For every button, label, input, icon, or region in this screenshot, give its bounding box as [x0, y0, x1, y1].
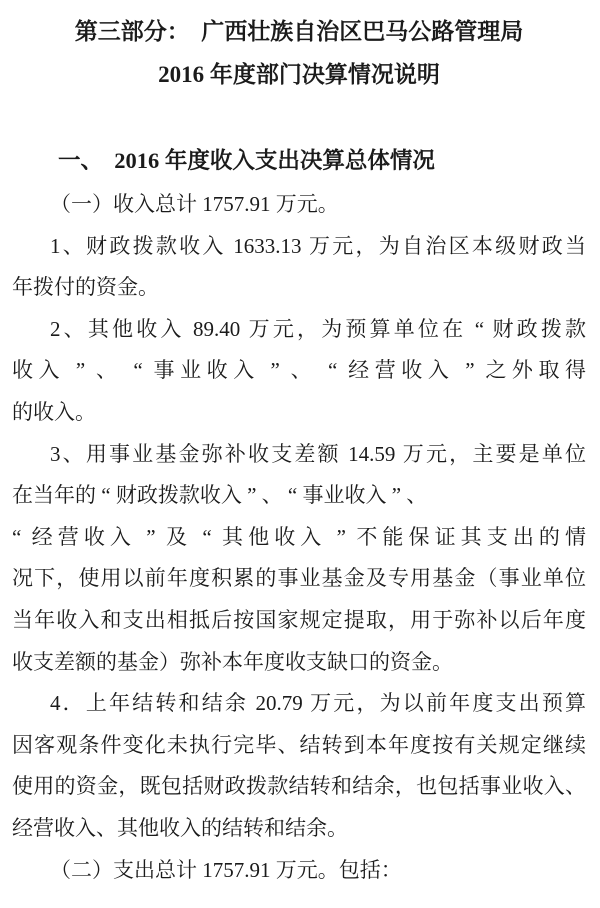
paragraph-line-income-total: （一）收入总计 1757.91 万元。	[12, 184, 586, 226]
title-spacer	[12, 96, 586, 138]
paragraph-line-other-income-3: 的收入。	[12, 392, 586, 434]
paragraph-line-fund-gap-5: 当年收入和支出相抵后按国家规定提取，用于弥补以后年度	[12, 600, 586, 642]
paragraph-line-other-income-2: 收入 ” 、 “ 事业收入 ” 、 “ 经营收入 ” 之外取得	[12, 350, 586, 392]
paragraph-line-fiscal-income-1: 1、财政拨款收入 1633.13 万元，为自治区本级财政当	[12, 226, 586, 268]
paragraph-line-carryover-1: 4．上年结转和结余 20.79 万元，为以前年度支出预算	[12, 683, 586, 725]
paragraph-line-fund-gap-3: “ 经营收入 ” 及 “ 其他收入 ” 不能保证其支出的情	[12, 517, 586, 559]
paragraph-line-fund-gap-6: 收支差额的基金）弥补本年度收支缺口的资金。	[12, 642, 586, 684]
document-page: 第三部分： 广西壮族自治区巴马公路管理局 2016 年度部门决算情况说明 一、 …	[0, 0, 600, 908]
paragraph-line-fund-gap-2: 在当年的 “ 财政拨款收入 ” 、 “ 事业收入 ” 、	[12, 475, 586, 517]
paragraph-line-carryover-2: 因客观条件变化未执行完毕、结转到本年度按有关规定继续	[12, 725, 586, 767]
document-title-line-1: 第三部分： 广西壮族自治区巴马公路管理局	[12, 10, 586, 53]
section-heading: 一、 2016 年度收入支出决算总体情况	[12, 138, 586, 184]
paragraph-line-other-income-1: 2、其他收入 89.40 万元，为预算单位在 “ 财政拨款	[12, 309, 586, 351]
paragraph-line-carryover-3: 使用的资金，既包括财政拨款结转和结余，也包括事业收入、	[12, 766, 586, 808]
paragraph-line-carryover-4: 经营收入、其他收入的结转和结余。	[12, 808, 586, 850]
paragraph-line-fiscal-income-2: 年拨付的资金。	[12, 267, 586, 309]
paragraph-line-fund-gap-1: 3、用事业基金弥补收支差额 14.59 万元，主要是单位	[12, 434, 586, 476]
paragraph-line-expense-total: （二）支出总计 1757.91 万元。包括：	[12, 850, 586, 892]
document-title-line-2: 2016 年度部门决算情况说明	[12, 53, 586, 96]
paragraph-line-fund-gap-4: 况下，使用以前年度积累的事业基金及专用基金（事业单位	[12, 558, 586, 600]
